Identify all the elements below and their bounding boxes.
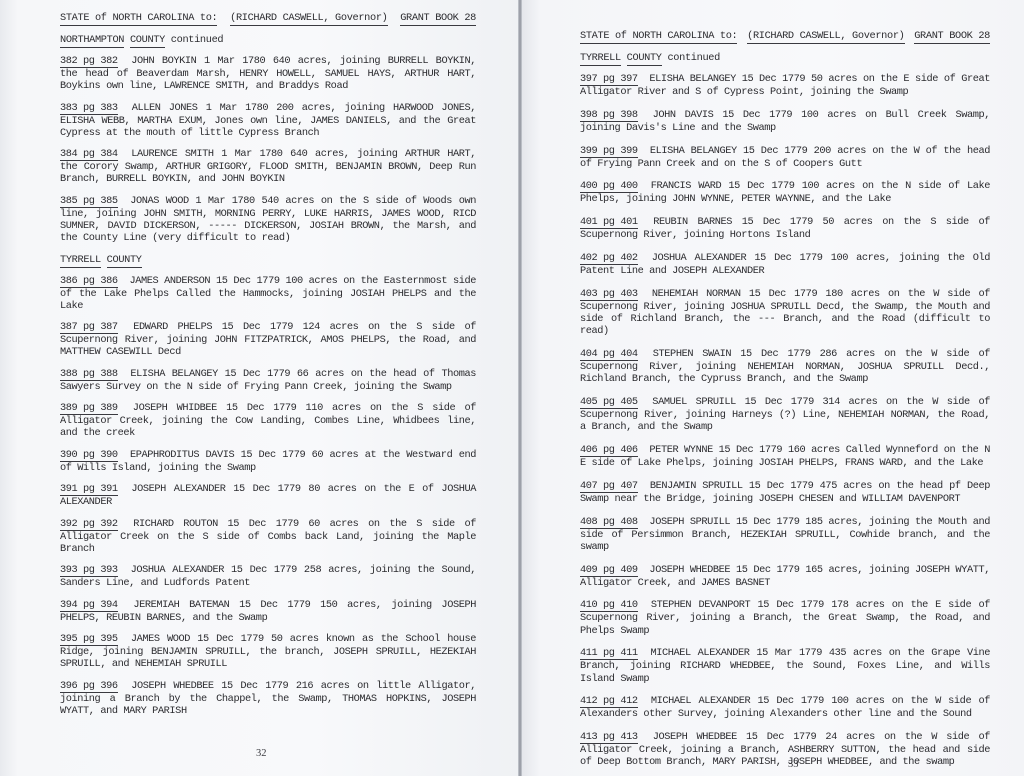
grant-reference: 390 pg 390 bbox=[60, 450, 118, 462]
grant-description: RICHARD ROUTON 15 Dec 1779 60 acres on t… bbox=[60, 518, 476, 555]
grant-reference: 383 pg 383 bbox=[60, 103, 118, 115]
grant-reference: 386 pg 386 bbox=[60, 276, 118, 288]
grant-description: NEHEMIAH NORMAN 15 Dec 1779 180 acres on… bbox=[580, 288, 990, 337]
county-name-word: COUNTY bbox=[627, 52, 662, 66]
grant-description: JOSEPH ALEXANDER 15 Dec 1779 80 acres on… bbox=[60, 483, 476, 508]
page-number: 32 bbox=[256, 748, 267, 759]
county-name-word: COUNTY bbox=[130, 34, 165, 48]
grant-entry: 395 pg 395 JAMES WOOD 15 Dec 1779 50 acr… bbox=[60, 633, 476, 670]
grant-reference: 382 pg 382 bbox=[60, 56, 118, 68]
grant-description: JOSEPH WHEDBEE 15 Dec 1779 216 acres on … bbox=[60, 680, 476, 717]
book-gutter bbox=[518, 0, 522, 776]
grant-entry: 410 pg 410 STEPHEN DEVANPORT 15 Dec 1779… bbox=[580, 599, 990, 636]
grant-reference: 399 pg 399 bbox=[580, 146, 638, 158]
grant-description: JOSHUA ALEXANDER 15 Dec 1779 100 acres, … bbox=[580, 252, 990, 277]
county-name-word: TYRRELL bbox=[580, 52, 621, 66]
grant-reference: 403 pg 403 bbox=[580, 289, 638, 301]
right-page: STATE of NORTH CAROLINA to: (RICHARD CAS… bbox=[520, 0, 1024, 776]
grant-reference: 406 pg 406 bbox=[580, 445, 638, 457]
grant-entry: 397 pg 397 ELISHA BELANGEY 15 Dec 1779 5… bbox=[580, 73, 990, 98]
grant-entry: 399 pg 399 ELISHA BELANGEY 15 Dec 1779 2… bbox=[580, 145, 990, 170]
grant-description: JOSEPH WHEDBEE 15 Dec 1779 24 acres on t… bbox=[580, 731, 990, 768]
grant-reference: 409 pg 409 bbox=[580, 565, 638, 577]
grant-entry: 385 pg 385 JONAS WOOD 1 Mar 1780 540 acr… bbox=[60, 195, 476, 245]
book-spread: STATE of NORTH CAROLINA to: (RICHARD CAS… bbox=[0, 0, 1024, 776]
grant-reference: 395 pg 395 bbox=[60, 634, 118, 646]
grant-entry: 409 pg 409 JOSEPH WHEDBEE 15 Dec 1779 16… bbox=[580, 564, 990, 589]
grant-description: BENJAMIN SPRUILL 15 Dec 1779 475 acres o… bbox=[580, 480, 990, 505]
sections: TYRRELL COUNTY continued397 pg 397 ELISH… bbox=[580, 52, 990, 769]
grant-entry: 386 pg 386 JAMES ANDERSON 15 Dec 1779 10… bbox=[60, 275, 476, 312]
grant-description: SAMUEL SPRUILL 15 Dec 1779 314 acres on … bbox=[580, 396, 990, 433]
grant-reference: 396 pg 396 bbox=[60, 681, 118, 693]
grant-entry: 408 pg 408 JOSEPH SPRUILL 15 Dec 1779 18… bbox=[580, 516, 990, 553]
header-book: GRANT BOOK 28 bbox=[400, 12, 476, 26]
grant-reference: 411 pg 411 bbox=[580, 648, 638, 660]
grant-reference: 404 pg 404 bbox=[580, 349, 638, 361]
grant-description: PETER WYNNE 15 Dec 1779 160 acres Called… bbox=[580, 444, 990, 469]
grant-description: STEPHEN SWAIN 15 Dec 1779 286 acres on t… bbox=[580, 348, 990, 385]
grant-description: JOSEPH SPRUILL 15 Dec 1779 185 acres, jo… bbox=[580, 516, 990, 553]
county-heading: TYRRELL COUNTY bbox=[60, 254, 476, 266]
grant-entry: 394 pg 394 JEREMIAH BATEMAN 15 Dec 1779 … bbox=[60, 599, 476, 624]
grant-entry: 383 pg 383 ALLEN JONES 1 Mar 1780 200 ac… bbox=[60, 102, 476, 139]
grant-reference: 397 pg 397 bbox=[580, 74, 638, 86]
grant-entry: 402 pg 402 JOSHUA ALEXANDER 15 Dec 1779 … bbox=[580, 252, 990, 277]
grant-description: STEPHEN DEVANPORT 15 Dec 1779 178 acres … bbox=[580, 599, 990, 636]
grant-description: EDWARD PHELPS 15 Dec 1779 124 acres on t… bbox=[60, 321, 476, 358]
grant-reference: 410 pg 410 bbox=[580, 600, 638, 612]
grant-entry: 404 pg 404 STEPHEN SWAIN 15 Dec 1779 286… bbox=[580, 348, 990, 385]
header-book: GRANT BOOK 28 bbox=[914, 30, 990, 44]
grant-reference: 391 pg 391 bbox=[60, 484, 118, 496]
grant-entry: 411 pg 411 MICHAEL ALEXANDER 15 Mar 1779… bbox=[580, 647, 990, 684]
grant-entry: 388 pg 388 ELISHA BELANGEY 15 Dec 1779 6… bbox=[60, 368, 476, 393]
grant-description: JOSEPH WHIDBEE 15 Dec 1779 110 acres on … bbox=[60, 402, 476, 439]
header-state: STATE of NORTH CAROLINA to: bbox=[580, 30, 737, 44]
grant-description: JAMES WOOD 15 Dec 1779 50 acres known as… bbox=[60, 633, 476, 670]
grant-entry: 412 pg 412 MICHAEL ALEXANDER 15 Dec 1779… bbox=[580, 695, 990, 720]
grant-entry: 387 pg 387 EDWARD PHELPS 15 Dec 1779 124… bbox=[60, 321, 476, 358]
grant-entry: 413 pg 413 JOSEPH WHEDBEE 15 Dec 1779 24… bbox=[580, 731, 990, 768]
grant-description: JEREMIAH BATEMAN 15 Dec 1779 150 acres, … bbox=[60, 599, 476, 624]
grant-reference: 408 pg 408 bbox=[580, 517, 638, 529]
grant-description: ALLEN JONES 1 Mar 1780 200 acres, joinin… bbox=[60, 102, 476, 139]
grant-description: EPAPHRODITUS DAVIS 15 Dec 1779 60 acres … bbox=[60, 449, 476, 474]
grant-reference: 407 pg 407 bbox=[580, 481, 638, 493]
grant-description: LAURENCE SMITH 1 Mar 1780 640 acres, joi… bbox=[60, 148, 476, 185]
grant-description: FRANCIS WARD 15 Dec 1779 100 acres on th… bbox=[580, 180, 990, 205]
grant-reference: 398 pg 398 bbox=[580, 110, 638, 122]
county-suffix: continued bbox=[662, 52, 720, 64]
grant-description: ELISHA BELANGEY 15 Dec 1779 50 acres on … bbox=[580, 73, 990, 98]
sections: NORTHAMPTON COUNTY continued382 pg 382 J… bbox=[60, 34, 476, 717]
grant-entry: 389 pg 389 JOSEPH WHIDBEE 15 Dec 1779 11… bbox=[60, 402, 476, 439]
grant-entry: 407 pg 407 BENJAMIN SPRUILL 15 Dec 1779 … bbox=[580, 480, 990, 505]
grant-entry: 398 pg 398 JOHN DAVIS 15 Dec 1779 100 ac… bbox=[580, 109, 990, 134]
grant-entry: 391 pg 391 JOSEPH ALEXANDER 15 Dec 1779 … bbox=[60, 483, 476, 508]
grant-entry: 382 pg 382 JOHN BOYKIN 1 Mar 1780 640 ac… bbox=[60, 55, 476, 92]
page-number: 33 bbox=[788, 759, 799, 770]
grant-reference: 405 pg 405 bbox=[580, 397, 638, 409]
grant-reference: 400 pg 400 bbox=[580, 181, 638, 193]
header-governor: (RICHARD CASWELL, Governor) bbox=[747, 30, 904, 44]
grant-description: JOHN DAVIS 15 Dec 1779 100 acres on Bull… bbox=[580, 109, 990, 134]
grant-entry: 384 pg 384 LAURENCE SMITH 1 Mar 1780 640… bbox=[60, 148, 476, 185]
county-suffix: continued bbox=[165, 34, 223, 46]
page-header: STATE of NORTH CAROLINA to: (RICHARD CAS… bbox=[580, 30, 990, 44]
grant-reference: 394 pg 394 bbox=[60, 600, 118, 612]
grant-reference: 388 pg 388 bbox=[60, 369, 118, 381]
grant-entry: 400 pg 400 FRANCIS WARD 15 Dec 1779 100 … bbox=[580, 180, 990, 205]
grant-reference: 413 pg 413 bbox=[580, 732, 638, 744]
county-name-word: TYRRELL bbox=[60, 254, 101, 268]
county-name-word: NORTHAMPTON bbox=[60, 34, 124, 48]
grant-description: JOSHUA ALEXANDER 15 Dec 1779 258 acres, … bbox=[60, 564, 476, 589]
grant-description: JOHN BOYKIN 1 Mar 1780 640 acres, joinin… bbox=[60, 55, 476, 92]
grant-entry: 406 pg 406 PETER WYNNE 15 Dec 1779 160 a… bbox=[580, 444, 990, 469]
header-governor: (RICHARD CASWELL, Governor) bbox=[230, 12, 387, 26]
grant-description: JAMES ANDERSON 15 Dec 1779 100 acres on … bbox=[60, 275, 476, 312]
grant-description: ELISHA BELANGEY 15 Dec 1779 200 acres on… bbox=[580, 145, 990, 170]
grant-reference: 389 pg 389 bbox=[60, 403, 118, 415]
grant-entry: 405 pg 405 SAMUEL SPRUILL 15 Dec 1779 31… bbox=[580, 396, 990, 433]
county-name-word: COUNTY bbox=[107, 254, 142, 268]
grant-reference: 412 pg 412 bbox=[580, 696, 638, 708]
grant-entry: 401 pg 401 REUBIN BARNES 15 Dec 1779 50 … bbox=[580, 216, 990, 241]
grant-description: MICHAEL ALEXANDER 15 Mar 1779 435 acres … bbox=[580, 647, 990, 684]
grant-description: JOSEPH WHEDBEE 15 Dec 1779 165 acres, jo… bbox=[580, 564, 990, 589]
grant-entry: 403 pg 403 NEHEMIAH NORMAN 15 Dec 1779 1… bbox=[580, 288, 990, 338]
grant-reference: 401 pg 401 bbox=[580, 217, 638, 229]
grant-reference: 393 pg 393 bbox=[60, 565, 118, 577]
county-heading: TYRRELL COUNTY continued bbox=[580, 52, 990, 64]
left-page: STATE of NORTH CAROLINA to: (RICHARD CAS… bbox=[0, 0, 520, 776]
grant-reference: 402 pg 402 bbox=[580, 253, 638, 265]
grant-reference: 385 pg 385 bbox=[60, 196, 118, 208]
page-header: STATE of NORTH CAROLINA to: (RICHARD CAS… bbox=[60, 12, 476, 26]
grant-entry: 390 pg 390 EPAPHRODITUS DAVIS 15 Dec 177… bbox=[60, 449, 476, 474]
grant-description: JONAS WOOD 1 Mar 1780 540 acres on the S… bbox=[60, 195, 476, 244]
grant-description: MICHAEL ALEXANDER 15 Dec 1779 100 acres … bbox=[580, 695, 990, 720]
grant-reference: 384 pg 384 bbox=[60, 149, 118, 161]
grant-entry: 392 pg 392 RICHARD ROUTON 15 Dec 1779 60… bbox=[60, 518, 476, 555]
county-heading: NORTHAMPTON COUNTY continued bbox=[60, 34, 476, 46]
grant-entry: 393 pg 393 JOSHUA ALEXANDER 15 Dec 1779 … bbox=[60, 564, 476, 589]
grant-entry: 396 pg 396 JOSEPH WHEDBEE 15 Dec 1779 21… bbox=[60, 680, 476, 717]
grant-reference: 392 pg 392 bbox=[60, 519, 118, 531]
grant-reference: 387 pg 387 bbox=[60, 322, 118, 334]
header-state: STATE of NORTH CAROLINA to: bbox=[60, 12, 217, 26]
grant-description: ELISHA BELANGEY 15 Dec 1779 66 acres on … bbox=[60, 368, 476, 393]
grant-description: REUBIN BARNES 15 Dec 1779 50 acres on th… bbox=[580, 216, 990, 241]
